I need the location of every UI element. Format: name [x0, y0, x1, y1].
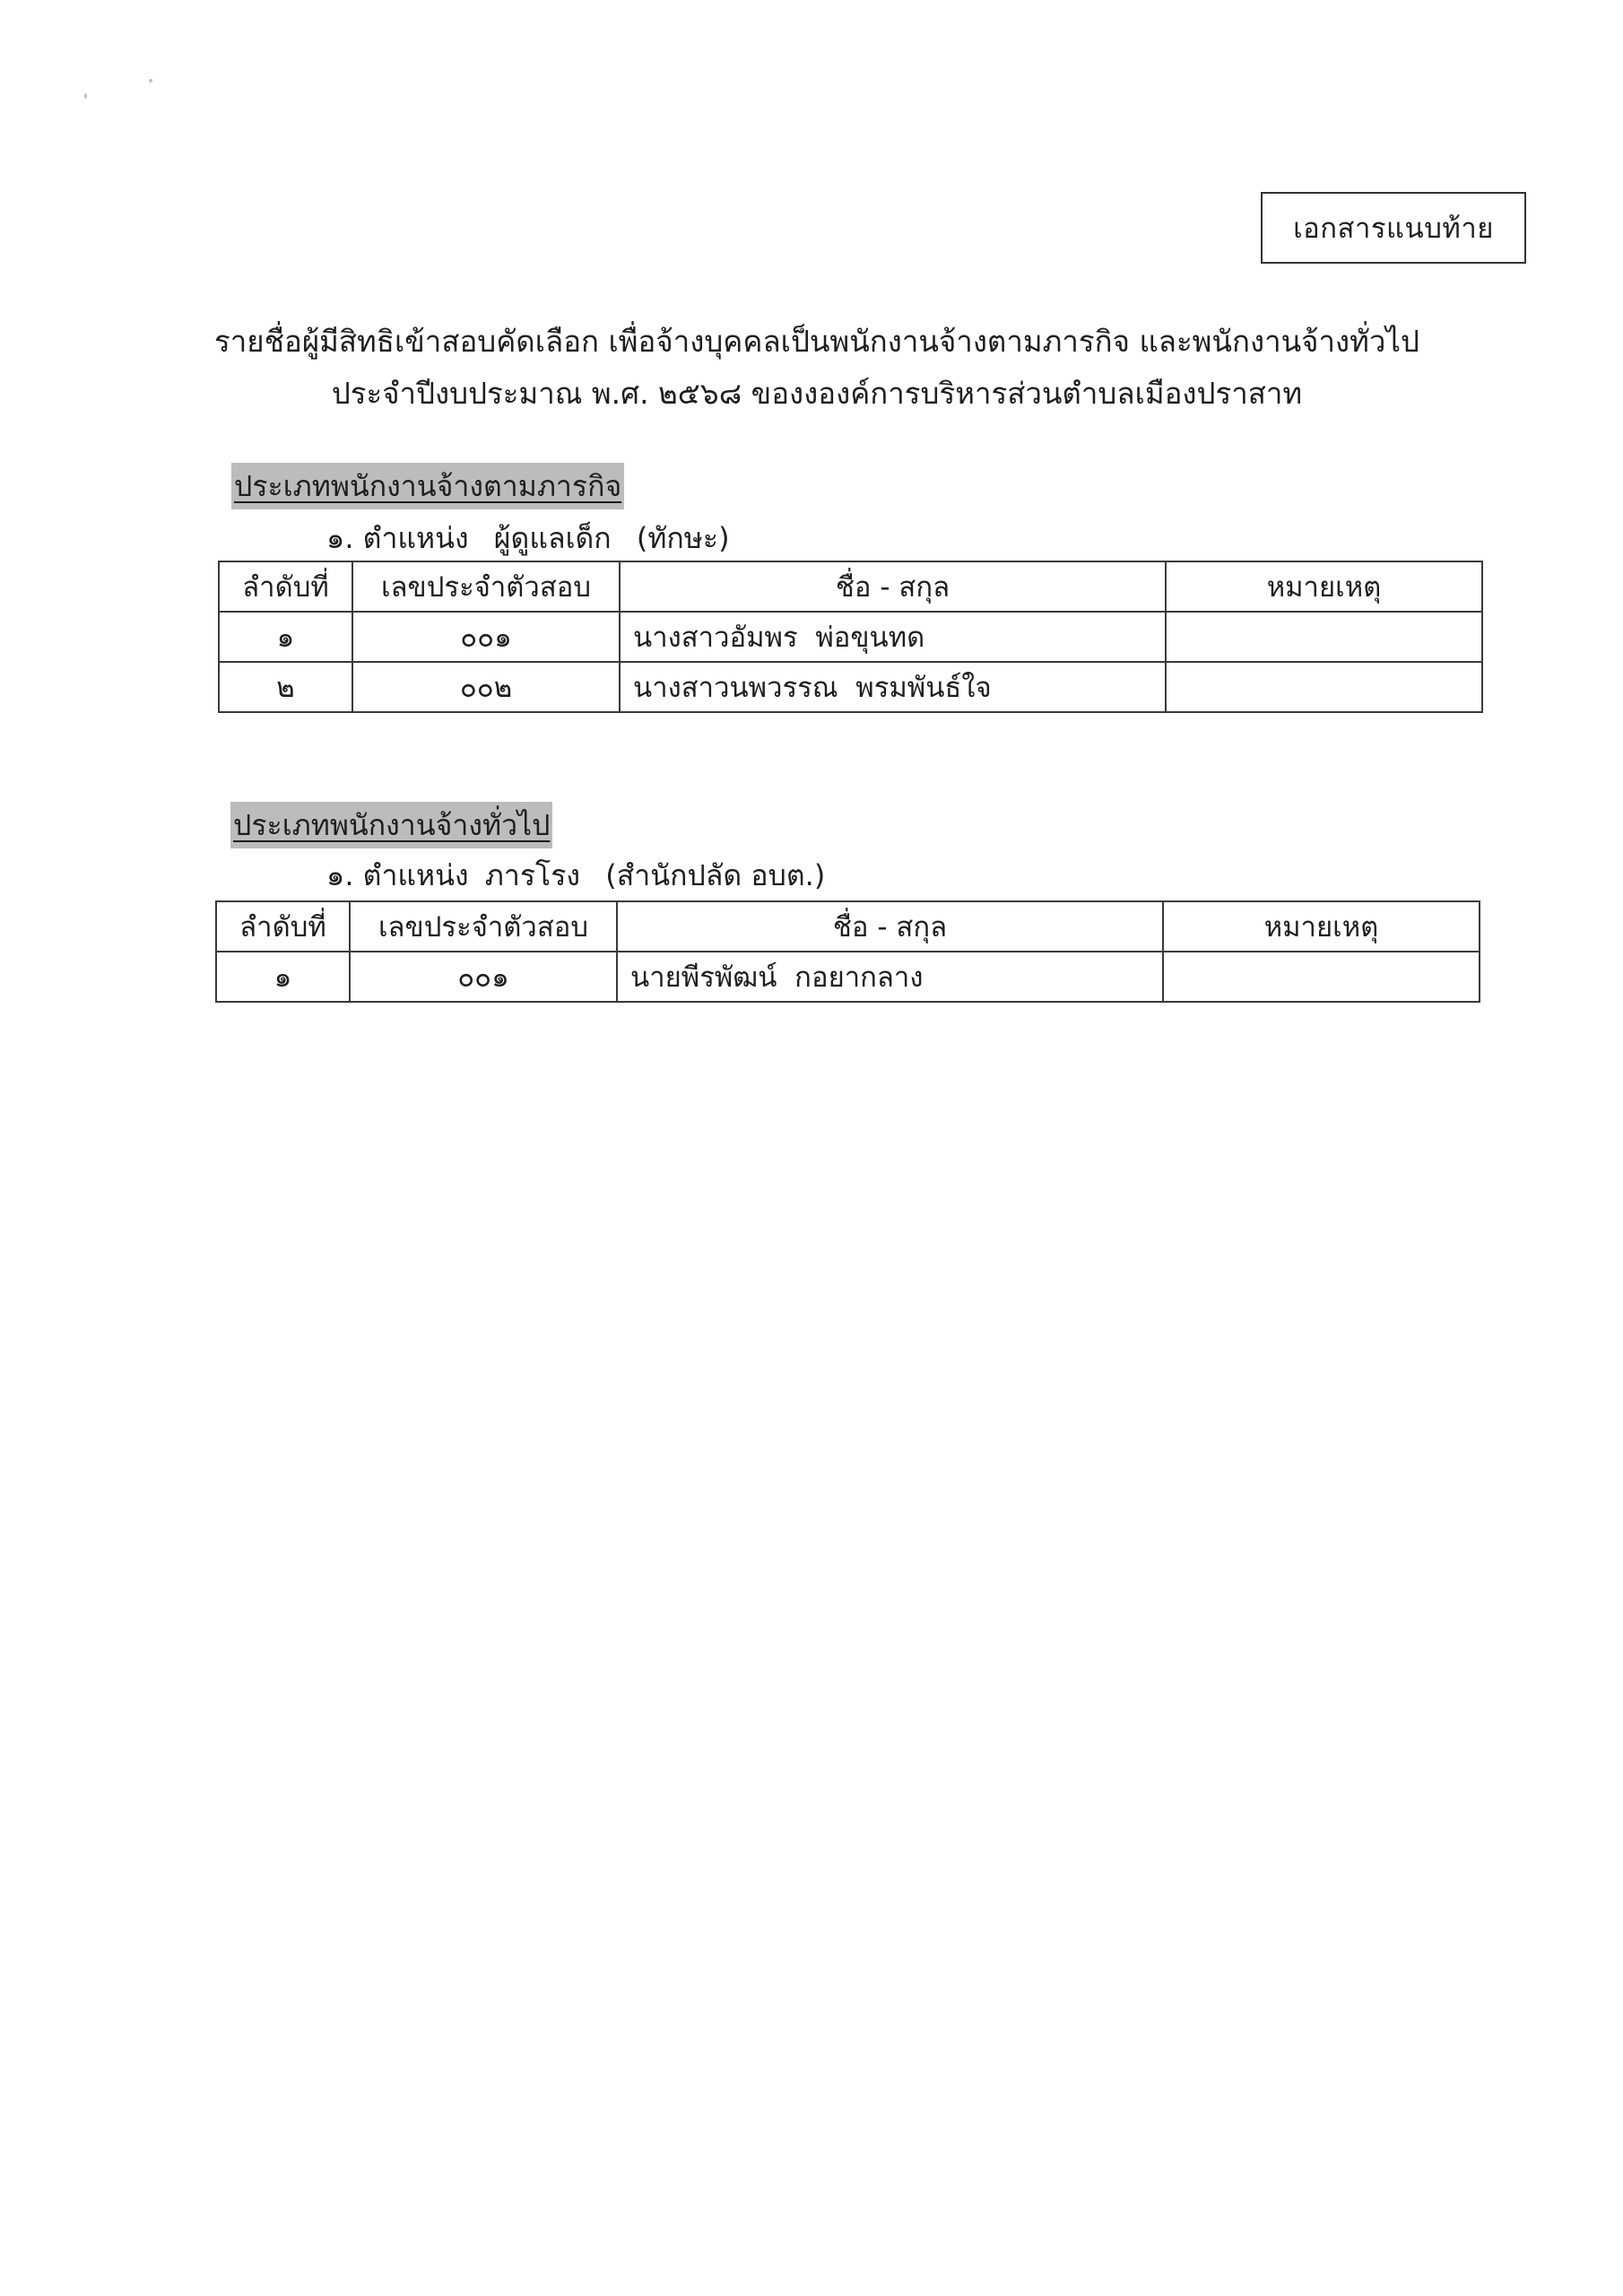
document-page: เอกสารแนบท้าย รายชื่อผู้มีสิทธิเข้าสอบคั… [0, 0, 1623, 2296]
header-seq: ลำดับที่ [216, 901, 350, 952]
cell-seq: ๑ [216, 952, 350, 1002]
candidate-table-mission-staff: ลำดับที่ เลขประจำตัวสอบ ชื่อ - สกุล หมาย… [218, 561, 1483, 713]
cell-exam-id: ๐๐๑ [350, 952, 617, 1002]
candidate-table-general-staff: ลำดับที่ เลขประจำตัวสอบ ชื่อ - สกุล หมาย… [215, 900, 1480, 1003]
position-number: ๑. [326, 521, 353, 555]
cell-exam-id: ๐๐๑ [352, 612, 620, 662]
table-header-row: ลำดับที่ เลขประจำตัวสอบ ชื่อ - สกุล หมาย… [219, 561, 1482, 612]
attachment-label-box: เอกสารแนบท้าย [1261, 192, 1526, 264]
position-line-childcare: ๑. ตำแหน่ง ผู้ดูแลเด็ก (ทักษะ) [326, 516, 730, 561]
header-note: หมายเหตุ [1163, 901, 1480, 952]
position-line-janitor: ๑. ตำแหน่ง ภารโรง (สำนักปลัด อบต.) [326, 853, 825, 899]
header-name: ชื่อ - สกุล [620, 561, 1166, 612]
table-header-row: ลำดับที่ เลขประจำตัวสอบ ชื่อ - สกุล หมาย… [216, 901, 1480, 952]
cell-name: นางสาวนพวรรณ พรมพันธ์ใจ [620, 662, 1166, 712]
cell-name: นายพีรพัฒน์ กอยากลาง [617, 952, 1163, 1002]
section-heading-general-staff: ประเภทพนักงานจ้างทั่วไป [230, 802, 552, 848]
header-seq: ลำดับที่ [219, 561, 352, 612]
cell-seq: ๑ [219, 612, 352, 662]
scan-speck [149, 79, 152, 83]
position-number: ๑. [326, 858, 353, 892]
document-title-line-1: รายชื่อผู้มีสิทธิเข้าสอบคัดเลือก เพื่อจ้… [0, 317, 1623, 365]
cell-note [1166, 612, 1482, 662]
table-row: ๒ ๐๐๒ นางสาวนพวรรณ พรมพันธ์ใจ [219, 662, 1482, 712]
position-name: ผู้ดูแลเด็ก [494, 521, 612, 555]
cell-exam-id: ๐๐๒ [352, 662, 620, 712]
cell-name: นางสาวอัมพร พ่อขุนทด [620, 612, 1166, 662]
scan-speck [84, 93, 87, 99]
position-qualifier: (ทักษะ) [637, 521, 730, 555]
position-label: ตำแหน่ง [363, 521, 469, 555]
header-note: หมายเหตุ [1166, 561, 1482, 612]
attachment-label: เอกสารแนบท้าย [1293, 205, 1494, 250]
document-title-line-2: ประจำปีงบประมาณ พ.ศ. ๒๕๖๘ ของงองค์การบริ… [0, 370, 1623, 417]
position-qualifier: (สำนักปลัด อบต.) [605, 858, 825, 892]
table-row: ๑ ๐๐๑ นายพีรพัฒน์ กอยากลาง [216, 952, 1480, 1002]
header-exam-id: เลขประจำตัวสอบ [352, 561, 620, 612]
cell-note [1163, 952, 1480, 1002]
cell-seq: ๒ [219, 662, 352, 712]
header-exam-id: เลขประจำตัวสอบ [350, 901, 617, 952]
position-name: ภารโรง [485, 858, 580, 892]
section-heading-mission-staff: ประเภทพนักงานจ้างตามภารกิจ [231, 463, 624, 509]
cell-note [1166, 662, 1482, 712]
header-name: ชื่อ - สกุล [617, 901, 1163, 952]
position-label: ตำแหน่ง [363, 858, 469, 892]
table-row: ๑ ๐๐๑ นางสาวอัมพร พ่อขุนทด [219, 612, 1482, 662]
